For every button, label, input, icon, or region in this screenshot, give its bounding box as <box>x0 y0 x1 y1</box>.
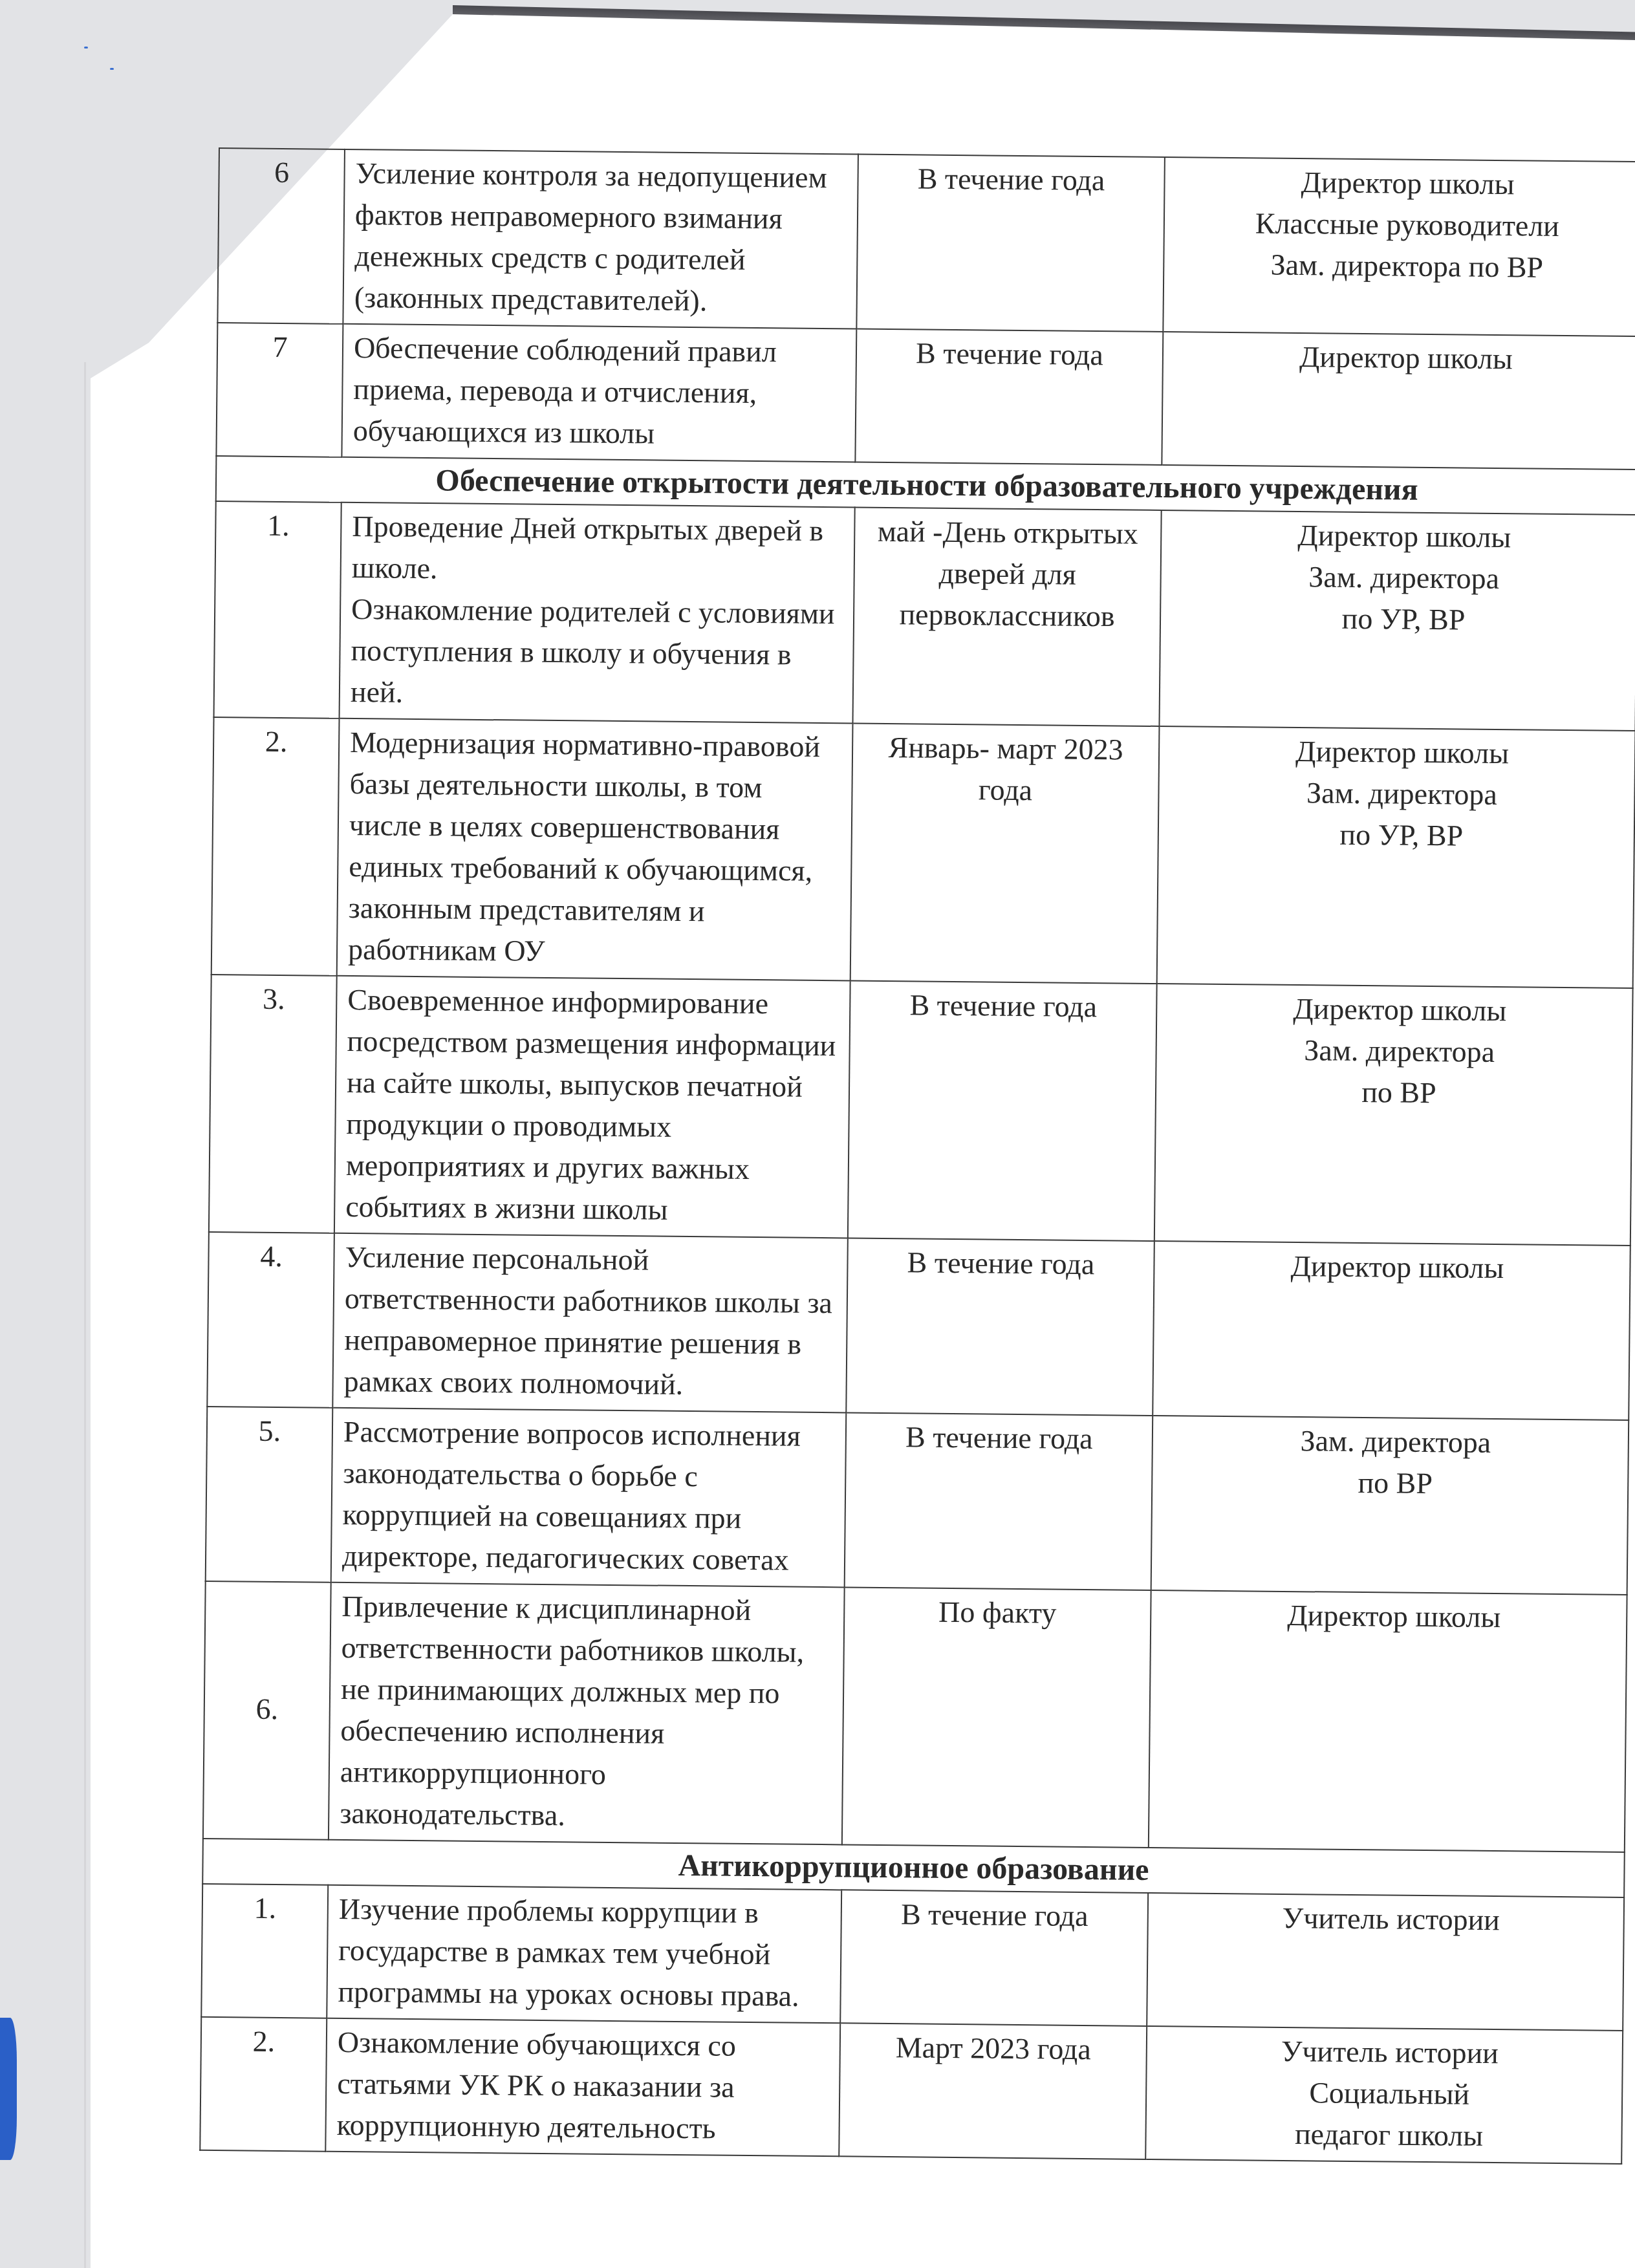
table-row: 2. Ознакомление обучающихся со статьями … <box>200 2017 1623 2164</box>
table-row: 3. Своевременное информирование посредст… <box>209 975 1633 1246</box>
row-term: В течение года <box>856 154 1165 332</box>
row-number: 1. <box>201 1884 328 2018</box>
table-row: 6 Усиление контроля за недопущением факт… <box>217 148 1635 336</box>
row-activity: Ознакомление обучающихся со статьями УК … <box>325 2018 840 2157</box>
row-number: 2. <box>200 2017 327 2152</box>
row-responsible: Учитель истории <box>1147 1893 1624 2031</box>
row-responsible: Зам. директора по ВР <box>1151 1416 1629 1595</box>
row-activity: Усиление контроля за недопущением фактов… <box>343 149 858 329</box>
table-row: 2. Модернизация нормативно-правовой базы… <box>211 717 1635 988</box>
anticorruption-plan-table: 6 Усиление контроля за недопущением факт… <box>199 147 1635 2165</box>
row-number: 6. <box>203 1581 331 1840</box>
row-number: 6 <box>217 148 345 324</box>
row-activity: Проведение Дней открытых дверей в школе.… <box>340 502 855 724</box>
row-term: По факту <box>842 1587 1151 1848</box>
ink-blot <box>0 2018 17 2160</box>
page-fold-edge <box>84 362 86 2268</box>
row-activity: Рассмотрение вопросов исполнения законод… <box>331 1408 847 1588</box>
row-term: В течение года <box>848 980 1157 1241</box>
table-row: 4. Усиление персональной ответственности… <box>207 1232 1630 1420</box>
row-term: В течение года <box>845 1412 1153 1590</box>
row-number: 5. <box>206 1407 333 1582</box>
row-responsible: Директор школы Зам. директора по ВР <box>1154 984 1633 1246</box>
table-row: 5. Рассмотрение вопросов исполнения зако… <box>206 1407 1629 1595</box>
row-responsible: Директор школы <box>1149 1590 1627 1852</box>
table-row: 6. Привлечение к дисциплинарной ответств… <box>203 1581 1627 1852</box>
row-responsible: Директор школы Классные руководители Зам… <box>1163 157 1635 336</box>
row-activity: Своевременное информирование посредством… <box>334 976 850 1238</box>
row-term: В течение года <box>846 1238 1154 1416</box>
row-number: 2. <box>211 717 340 976</box>
row-number: 1. <box>214 501 341 718</box>
ink-speck <box>84 47 88 49</box>
row-responsible: Учитель истории Социальный педагог школы <box>1145 2026 1623 2164</box>
row-activity: Изучение проблемы коррупции в государств… <box>327 1885 841 2024</box>
row-responsible: Директор школы <box>1153 1241 1630 1420</box>
row-number: 4. <box>207 1232 334 1408</box>
row-responsible: Директор школы Зам. директора по УР, ВР <box>1157 726 1635 988</box>
table-row: 1. Проведение Дней открытых дверей в шко… <box>214 501 1635 731</box>
row-activity: Привлечение к дисциплинарной ответственн… <box>329 1582 845 1845</box>
anticorruption-plan-table-container: 6 Усиление контроля за недопущением факт… <box>199 147 1635 2165</box>
row-number: 7 <box>216 323 343 457</box>
row-responsible: Директор школы <box>1162 332 1635 470</box>
row-activity: Обеспечение соблюдений правил приема, пе… <box>341 324 856 462</box>
row-number: 3. <box>209 975 337 1233</box>
table-row: 7 Обеспечение соблюдений правил приема, … <box>216 323 1635 470</box>
row-activity: Модернизация нормативно-правовой базы де… <box>337 718 853 981</box>
row-term: В течение года <box>855 329 1163 465</box>
row-term: В течение года <box>840 1890 1148 2026</box>
row-term: май -День открытых дверей для первокласс… <box>852 507 1161 726</box>
row-activity: Усиление персональной ответственности ра… <box>332 1233 848 1413</box>
row-term: Март 2023 года <box>839 2023 1147 2159</box>
row-term: Январь- март 2023 года <box>850 723 1160 984</box>
row-responsible: Директор школы Зам. директора по УР, ВР <box>1159 510 1635 731</box>
ink-speck <box>110 68 114 70</box>
table-row: 1. Изучение проблемы коррупции в государ… <box>201 1884 1624 2031</box>
